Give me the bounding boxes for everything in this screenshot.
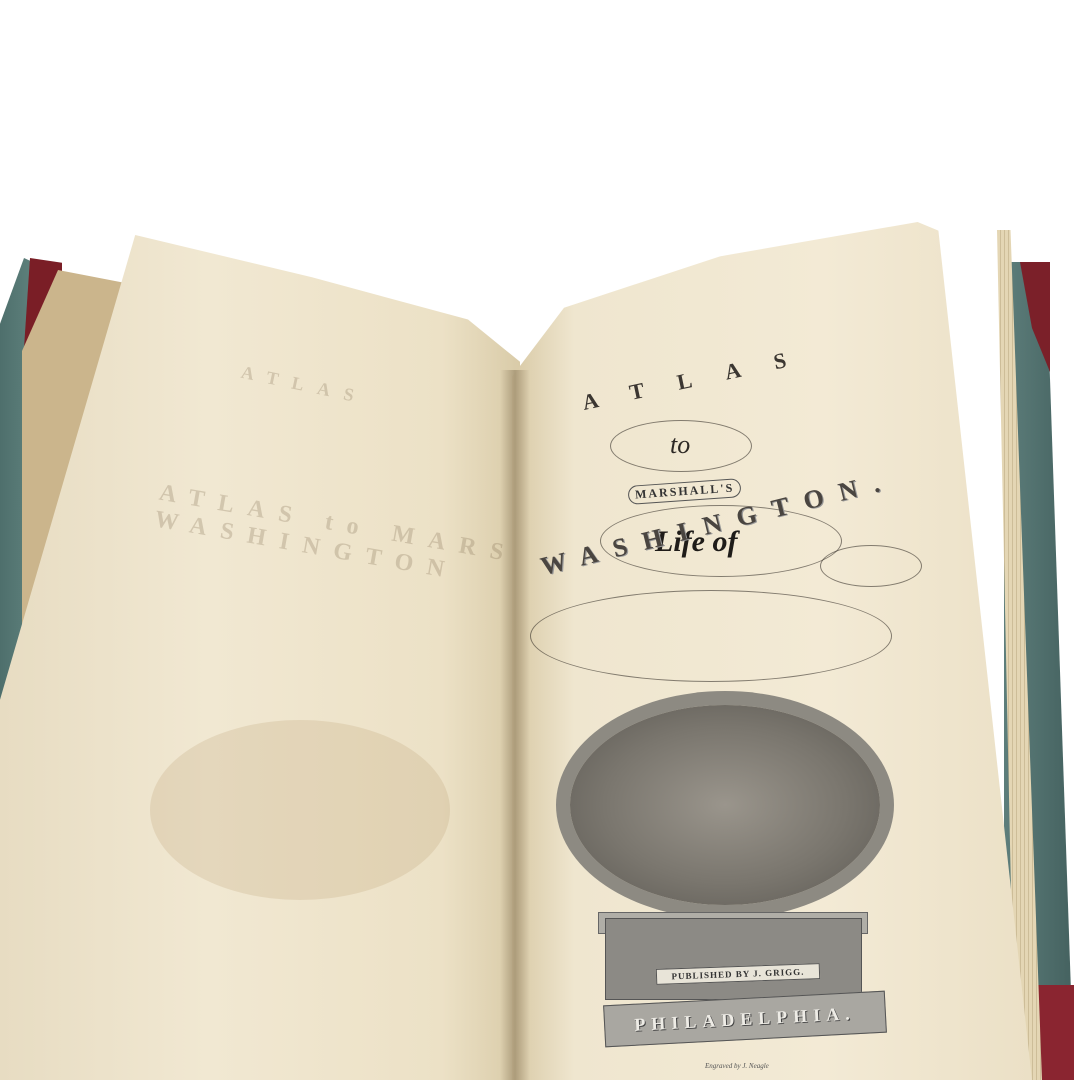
calligraphic-flourish <box>820 545 922 587</box>
engraved-vignette-washington-on-horseback <box>570 705 880 905</box>
title-to: to <box>670 430 690 460</box>
calligraphic-flourish <box>530 590 892 682</box>
engraver-credit: Engraved by J. Neagle <box>705 1062 769 1070</box>
book-gutter <box>500 370 530 1080</box>
offset-ghost-vignette <box>150 720 450 900</box>
stone-plinth <box>605 918 862 1000</box>
open-book-photo: ATLAS ATLAS to MARSHALL'S Life of WASHIN… <box>0 0 1080 1080</box>
